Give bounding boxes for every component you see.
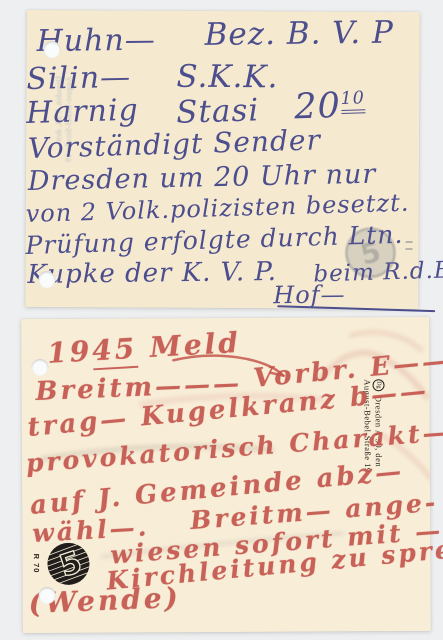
round-stamp-5: 5 [45,541,91,587]
handwritten-name-3: Harnig [26,93,140,131]
time-superscript: 10 [340,89,365,115]
handwritten-time: 2010 [294,85,366,127]
punch-hole [31,359,48,376]
punch-hole [38,271,55,288]
handwritten-org-2: S.K.K. [176,59,278,96]
handwritten-name-2: Silin— [26,60,131,97]
top-index-card: Dresden A 50, den August-Bebel-Straße 19… [25,10,420,309]
bottom-index-card: Dg Dresden A 50, den August-Bebel-Straße… [21,317,431,633]
handwritten-year-line: 1945 Meld [46,326,241,370]
underlined-year: 45 [91,332,138,371]
handwritten-org-1: Bez. B. V. P [204,15,394,53]
handwritten-line-8: Kupke der K. V. P. [27,257,277,290]
archive-label: R 70 [32,554,41,574]
edge-mark [406,248,413,250]
edge-mark [406,241,413,243]
punch-hole [39,587,56,604]
punch-hole [44,41,61,58]
scanned-index-cards: { "scan": { "background_color": "#edeff0… [0,0,443,640]
